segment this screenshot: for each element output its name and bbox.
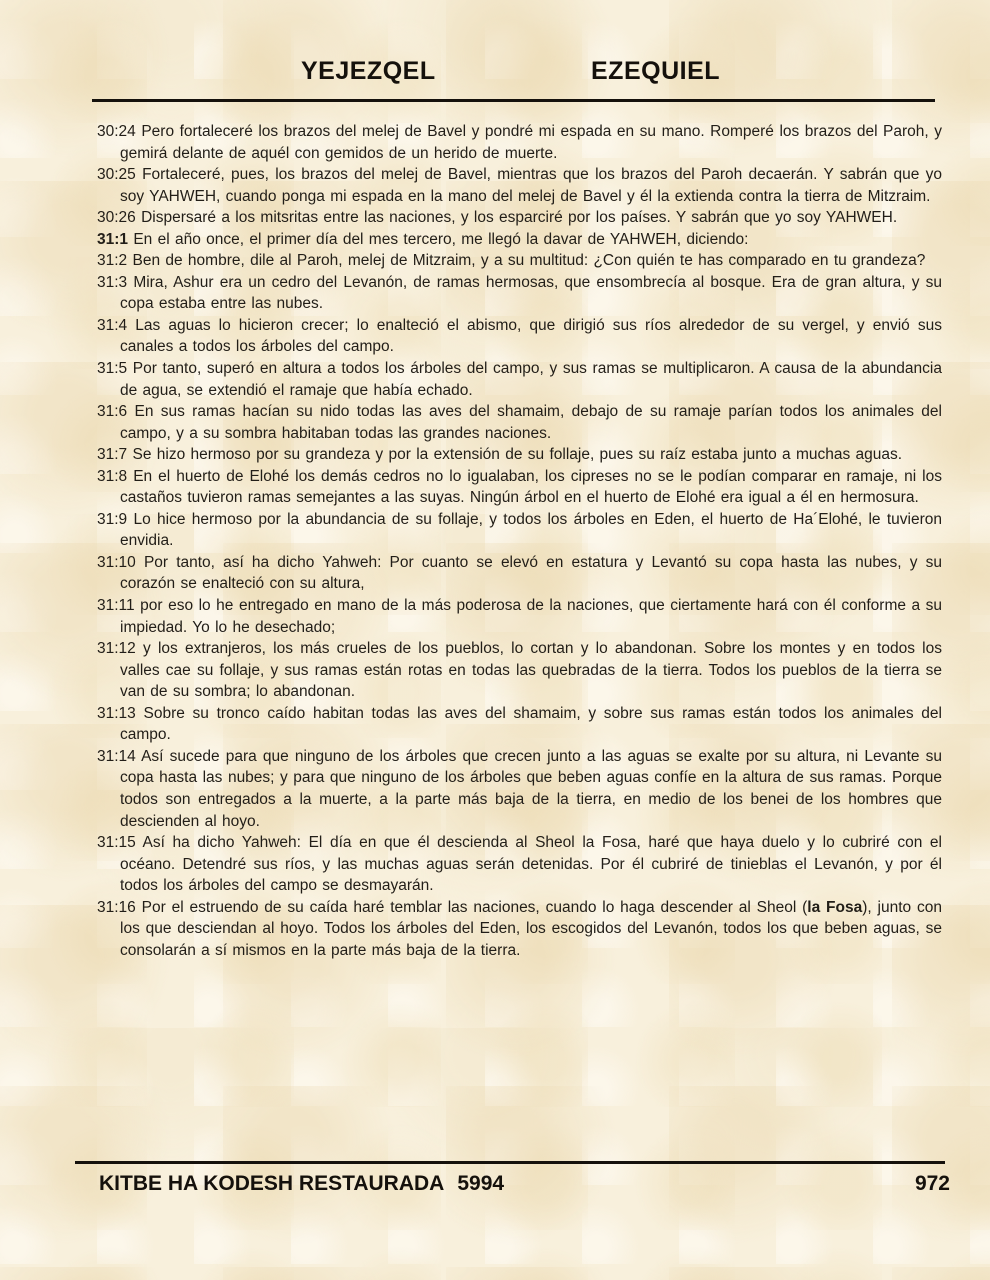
- verse-30-25: 30:25 Fortaleceré, pues, los brazos del …: [97, 164, 942, 207]
- verse-text: En sus ramas hacían su nido todas las av…: [120, 403, 942, 442]
- verse-text: Lo hice hermoso por la abundancia de su …: [120, 511, 942, 550]
- verse-text: Las aguas lo hicieron crecer; lo enaltec…: [120, 317, 942, 356]
- verse-text: Mira, Ashur era un cedro del Levanón, de…: [120, 274, 942, 313]
- verse-text: Por tanto, superó en altura a todos los …: [120, 360, 942, 399]
- verse-30-24: 30:24 Pero fortaleceré los brazos del me…: [97, 121, 942, 164]
- verse-text: y los extranjeros, los más crueles de lo…: [120, 640, 942, 700]
- verse-31-5: 31:5 Por tanto, superó en altura a todos…: [97, 358, 942, 401]
- verse-30-26: 30:26 Dispersaré a los mitsritas entre l…: [97, 207, 942, 229]
- verse-31-3: 31:3 Mira, Ashur era un cedro del Levanó…: [97, 272, 942, 315]
- verse-text: Por tanto, así ha dicho Yahweh: Por cuan…: [120, 554, 942, 593]
- verse-ref: 31:2: [97, 252, 132, 269]
- page-number: 972: [915, 1172, 950, 1196]
- verse-ref: 31:7: [97, 446, 132, 463]
- verse-ref: 31:1: [97, 231, 133, 248]
- verse-text: Por el estruendo de su caída haré tembla…: [142, 899, 808, 916]
- verse-text: Sobre su tronco caído habitan todas las …: [120, 705, 942, 744]
- verse-ref: 31:11: [97, 597, 140, 614]
- verse-text: Pero fortaleceré los brazos del melej de…: [120, 123, 942, 162]
- verse-ref: 31:10: [97, 554, 144, 571]
- verse-list: 30:24 Pero fortaleceré los brazos del me…: [97, 121, 942, 1162]
- verse-text: Fortaleceré, pues, los brazos del melej …: [120, 166, 942, 205]
- verse-ref: 31:13: [97, 705, 143, 722]
- verse-text: En el huerto de Elohé los demás cedros n…: [120, 468, 942, 507]
- footer-edition-number: 5994: [457, 1172, 504, 1195]
- verse-31-11: 31:11 por eso lo he entregado en mano de…: [97, 595, 942, 638]
- verse-text: la Fosa: [807, 899, 862, 916]
- verse-ref: 31:16: [97, 899, 142, 916]
- verse-ref: 30:25: [97, 166, 142, 183]
- verse-text: En el año once, el primer día del mes te…: [133, 231, 748, 248]
- verse-ref: 31:3: [97, 274, 133, 291]
- verse-31-10: 31:10 Por tanto, así ha dicho Yahweh: Po…: [97, 552, 942, 595]
- verse-ref: 30:24: [97, 123, 141, 140]
- book-title-spanish: EZEQUIEL: [591, 57, 720, 86]
- verse-text: Se hizo hermoso por su grandeza y por la…: [132, 446, 902, 463]
- verse-31-1: 31:1 En el año once, el primer día del m…: [97, 229, 942, 251]
- book-title-transliterated: YEJEZQEL: [301, 57, 436, 86]
- footer-edition-label: KITBE HA KODESH RESTAURADA5994: [99, 1172, 504, 1196]
- verse-31-2: 31:2 Ben de hombre, dile al Paroh, melej…: [97, 250, 942, 272]
- verse-ref: 31:5: [97, 360, 133, 377]
- header-divider: [92, 99, 935, 102]
- verse-ref: 31:8: [97, 468, 133, 485]
- verse-31-7: 31:7 Se hizo hermoso por su grandeza y p…: [97, 444, 942, 466]
- footer-edition-text: KITBE HA KODESH RESTAURADA: [99, 1172, 444, 1195]
- verse-31-15: 31:15 Así ha dicho Yahweh: El día en que…: [97, 832, 942, 897]
- verse-31-14: 31:14 Así sucede para que ninguno de los…: [97, 746, 942, 832]
- verse-ref: 31:9: [97, 511, 133, 528]
- footer-divider: [75, 1161, 945, 1164]
- verse-text: por eso lo he entregado en mano de la má…: [120, 597, 942, 636]
- verse-ref: 31:4: [97, 317, 135, 334]
- scripture-page: YEJEZQEL EZEQUIEL 30:24 Pero fortaleceré…: [0, 0, 990, 1280]
- verse-text: Así sucede para que ninguno de los árbol…: [120, 748, 942, 830]
- verse-text: Ben de hombre, dile al Paroh, melej de M…: [132, 252, 925, 269]
- verse-31-4: 31:4 Las aguas lo hicieron crecer; lo en…: [97, 315, 942, 358]
- verse-31-12: 31:12 y los extranjeros, los más crueles…: [97, 638, 942, 703]
- verse-ref: 31:15: [97, 834, 143, 851]
- verse-31-6: 31:6 En sus ramas hacían su nido todas l…: [97, 401, 942, 444]
- verse-ref: 30:26: [97, 209, 141, 226]
- verse-ref: 31:14: [97, 748, 141, 765]
- verse-text: Así ha dicho Yahweh: El día en que él de…: [120, 834, 942, 894]
- verse-31-8: 31:8 En el huerto de Elohé los demás ced…: [97, 466, 942, 509]
- verse-31-9: 31:9 Lo hice hermoso por la abundancia d…: [97, 509, 942, 552]
- verse-31-16: 31:16 Por el estruendo de su caída haré …: [97, 897, 942, 962]
- verse-31-13: 31:13 Sobre su tronco caído habitan toda…: [97, 703, 942, 746]
- verse-ref: 31:12: [97, 640, 143, 657]
- verse-text: Dispersaré a los mitsritas entre las nac…: [141, 209, 897, 226]
- verse-ref: 31:6: [97, 403, 134, 420]
